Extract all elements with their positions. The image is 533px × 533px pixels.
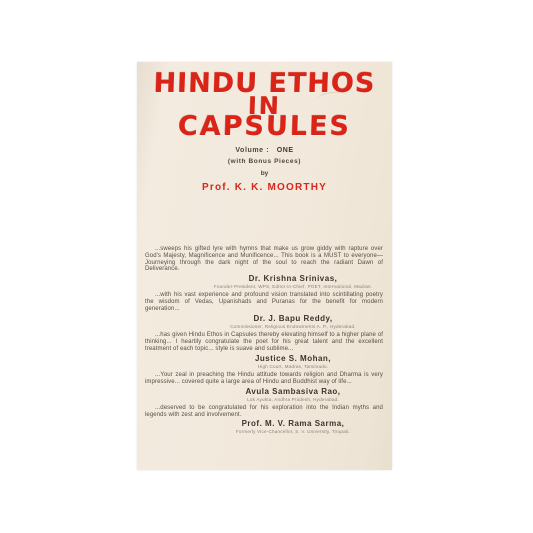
testimonial-quote: ...sweeps his gifted lyre with hymns tha… (145, 246, 383, 274)
reviewer-name: Justice S. Mohan, (203, 354, 383, 363)
testimonial-quote: ...has given Hindu Ethos in Capsules the… (145, 332, 383, 353)
bonus-note: (with Bonus Pieces) (137, 158, 392, 165)
testimonial-quote: ...Your zeal in preaching the Hindu atti… (145, 372, 383, 386)
reviewer-credentials: Commissioner, Religious Endowments A. P.… (203, 324, 383, 329)
reviewer-name: Avula Sambasiva Rao, (203, 387, 383, 396)
reviewer-credentials: High Court, Madras, Tamilnadu. (203, 364, 383, 369)
reviewer-credentials: Lok Ayukta, Andhra Pradesh, Hyderabad. (203, 397, 383, 402)
scanned-book-page: HINDU ETHOS IN CAPSULES Volume : ONE (wi… (137, 62, 392, 470)
testimonial-signature: Dr. Krishna Srinivas, Founder-President,… (203, 274, 383, 289)
testimonial-block: ...has given Hindu Ethos in Capsules the… (145, 332, 383, 369)
volume-line: Volume : ONE (137, 147, 392, 154)
byline: by (137, 170, 392, 177)
testimonial-signature: Dr. J. Bapu Reddy, Commissioner, Religio… (203, 314, 383, 329)
book-title-line-3: CAPSULES (137, 115, 393, 140)
book-scan-canvas: HINDU ETHOS IN CAPSULES Volume : ONE (wi… (0, 0, 533, 533)
reviewer-name: Dr. J. Bapu Reddy, (203, 314, 383, 323)
testimonial-block: ...with his vast experience and profound… (145, 292, 383, 329)
author-name: Prof. K. K. MOORTHY (137, 182, 392, 193)
testimonial-signature: Avula Sambasiva Rao, Lok Ayukta, Andhra … (203, 387, 383, 402)
testimonial-signature: Justice S. Mohan, High Court, Madras, Ta… (203, 354, 383, 369)
reviewer-credentials: Formerly Vice-Chancellor, S. V. Universi… (203, 429, 383, 434)
reviewer-name: Dr. Krishna Srinivas, (203, 274, 383, 283)
reviewer-credentials: Founder-President, WPS, Editor-in-Chief,… (203, 284, 383, 289)
testimonial-block: ...Your zeal in preaching the Hindu atti… (145, 372, 383, 402)
reviewer-name: Prof. M. V. Rama Sarma, (203, 419, 383, 428)
testimonial-signature: Prof. M. V. Rama Sarma, Formerly Vice-Ch… (203, 419, 383, 434)
testimonials-section: ...sweeps his gifted lyre with hymns tha… (137, 246, 392, 435)
volume-label: Volume : (235, 147, 269, 154)
book-title: HINDU ETHOS IN CAPSULES (137, 72, 392, 140)
volume-value: ONE (277, 147, 294, 154)
testimonial-block: ...deserved to be congratulated for his … (145, 405, 383, 435)
testimonial-block: ...sweeps his gifted lyre with hymns tha… (145, 246, 383, 290)
testimonial-quote: ...with his vast experience and profound… (145, 292, 383, 313)
testimonial-quote: ...deserved to be congratulated for his … (145, 405, 383, 419)
